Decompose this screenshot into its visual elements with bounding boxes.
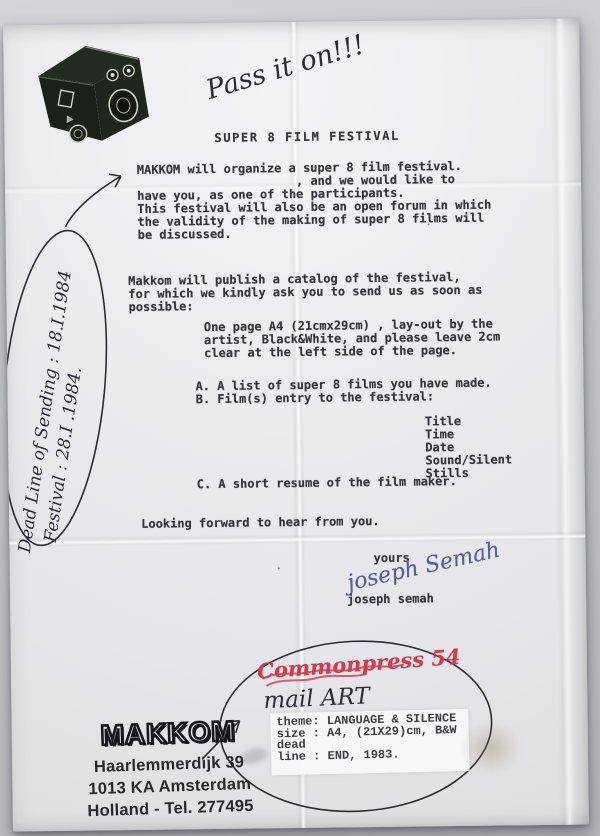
commonpress-note: Commonpress 54: [256, 644, 461, 684]
letter-closing: Looking forward to hear from you.: [141, 515, 380, 531]
typed-signature-name: joseph semah: [347, 592, 434, 606]
deadline-note: Dead Line of Sending : 18.I.1984 Festiva…: [13, 224, 106, 557]
makkom-logo: MAKKOM: [63, 714, 274, 753]
box-camera-stamp-icon: [23, 34, 169, 148]
letter-list-c: C. A short resume of the film maker.: [197, 475, 457, 491]
right-edge-crease: [549, 19, 575, 825]
letter-paragraph-3: One page A4 (21cmx29cm) , lay-out by the…: [204, 318, 501, 361]
theme-label-sticker: theme: LANGUAGE & SILENCE size : A4, (21…: [270, 709, 469, 775]
tape-stain: [459, 719, 524, 776]
letter-paragraph-1: MAKKOM will organize a super 8 film fest…: [137, 160, 492, 242]
letter-paragraph-2: Makkom will publish a catalog of the fes…: [128, 271, 482, 314]
scan-speck: [428, 223, 430, 225]
mail-art-note: mail ART: [263, 683, 371, 714]
theme-label-text: theme: LANGUAGE & SILENCE size : A4, (21…: [276, 713, 457, 763]
handwritten-signature: joseph Semah: [345, 538, 503, 597]
letter-paper: Pass it on!!! Dead Line of Sending : 18.…: [3, 19, 589, 832]
letter-film-fields-list: Title Time Date Sound/Silent Stills: [425, 414, 512, 480]
letter-title: SUPER 8 FILM FESTIVAL: [214, 130, 399, 145]
photo-background: Pass it on!!! Dead Line of Sending : 18.…: [0, 0, 600, 836]
scan-speck: [278, 567, 280, 569]
pass-it-on-note: Pass it on!!!: [203, 29, 369, 106]
makkom-footer: MAKKOM Haarlemmerdijk 39 1013 KA Amsterd…: [63, 714, 276, 823]
letter-list-ab: A. A list of super 8 films you have made…: [195, 377, 492, 407]
